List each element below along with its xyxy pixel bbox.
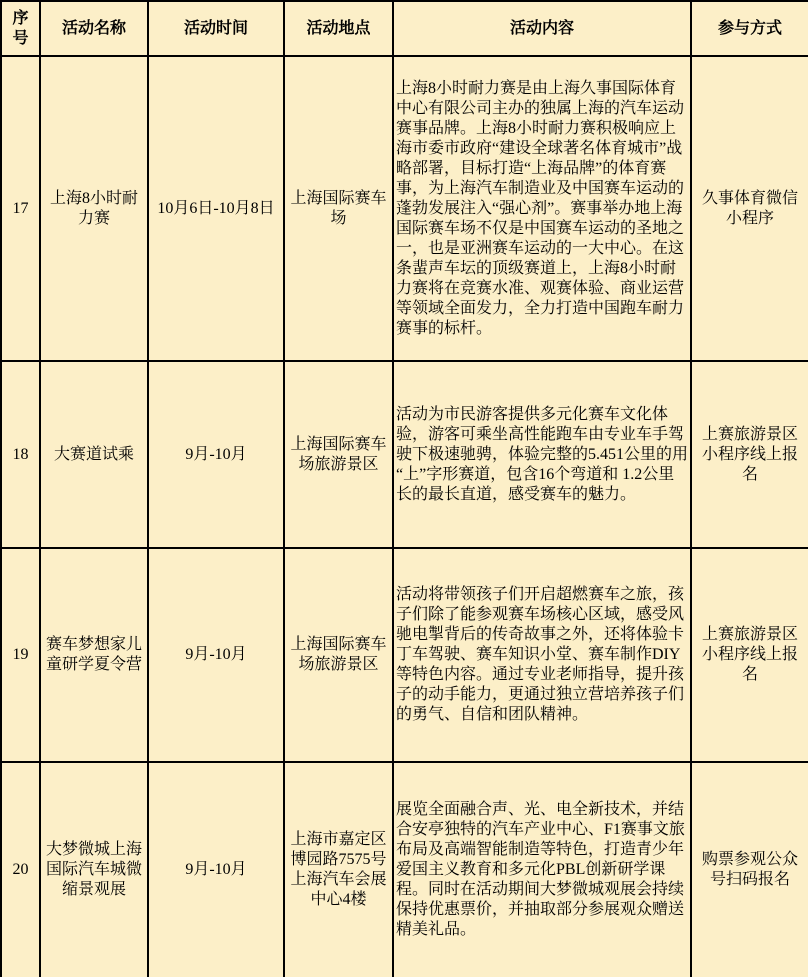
serial-number-cell: 19	[1, 548, 40, 762]
activity-name-cell: 大梦微城上海国际汽车城微缩景观展	[40, 762, 148, 977]
table-row: 20 大梦微城上海国际汽车城微缩景观展 9月-10月 上海市嘉定区博园路7575…	[1, 762, 808, 977]
activity-location-cell: 上海国际赛车场	[284, 56, 393, 361]
activity-time-cell: 9月-10月	[148, 361, 284, 548]
activity-content-cell: 展览全面融合声、光、电全新技术，并结合安亭独特的汽车产业中心、F1赛事文旅布局及…	[393, 762, 691, 977]
participation-method-cell: 购票参观公众号扫码报名	[691, 762, 808, 977]
header-activity-name: 活动名称	[40, 1, 148, 56]
table-row: 17 上海8小时耐力赛 10月6日-10月8日 上海国际赛车场 上海8小时耐力赛…	[1, 56, 808, 361]
activity-name-cell: 上海8小时耐力赛	[40, 56, 148, 361]
table-header-row: 序号 活动名称 活动时间 活动地点 活动内容 参与方式	[1, 1, 808, 56]
activity-location-cell: 上海国际赛车场旅游景区	[284, 361, 393, 548]
activity-time-cell: 9月-10月	[148, 762, 284, 977]
header-activity-content: 活动内容	[393, 1, 691, 56]
serial-number-cell: 17	[1, 56, 40, 361]
header-serial-number: 序号	[1, 1, 40, 56]
serial-number-cell: 20	[1, 762, 40, 977]
table-row: 19 赛车梦想家儿童研学夏令营 9月-10月 上海国际赛车场旅游景区 活动将带领…	[1, 548, 808, 762]
header-activity-time: 活动时间	[148, 1, 284, 56]
activity-content-cell: 上海8小时耐力赛是由上海久事国际体育中心有限公司主办的独属上海的汽车运动赛事品牌…	[393, 56, 691, 361]
activity-name-cell: 大赛道试乘	[40, 361, 148, 548]
header-participation-method: 参与方式	[691, 1, 808, 56]
participation-method-cell: 上赛旅游景区小程序线上报名	[691, 548, 808, 762]
activity-time-cell: 10月6日-10月8日	[148, 56, 284, 361]
activity-content-cell: 活动为市民游客提供多元化赛车文化体验，游客可乘坐高性能跑车由专业车手驾驶下极速驰…	[393, 361, 691, 548]
activity-table: 序号 活动名称 活动时间 活动地点 活动内容 参与方式 17 上海8小时耐力赛 …	[0, 0, 808, 977]
activity-location-cell: 上海国际赛车场旅游景区	[284, 548, 393, 762]
activity-time-cell: 9月-10月	[148, 548, 284, 762]
activity-name-cell: 赛车梦想家儿童研学夏令营	[40, 548, 148, 762]
activity-location-cell: 上海市嘉定区博园路7575号上海汽车会展中心4楼	[284, 762, 393, 977]
header-activity-location: 活动地点	[284, 1, 393, 56]
serial-number-cell: 18	[1, 361, 40, 548]
table-row: 18 大赛道试乘 9月-10月 上海国际赛车场旅游景区 活动为市民游客提供多元化…	[1, 361, 808, 548]
participation-method-cell: 久事体育微信小程序	[691, 56, 808, 361]
participation-method-cell: 上赛旅游景区小程序线上报名	[691, 361, 808, 548]
activity-table-container: 序号 活动名称 活动时间 活动地点 活动内容 参与方式 17 上海8小时耐力赛 …	[0, 0, 808, 977]
activity-content-cell: 活动将带领孩子们开启超燃赛车之旅，孩子们除了能参观赛车场核心区域，感受风驰电掣背…	[393, 548, 691, 762]
